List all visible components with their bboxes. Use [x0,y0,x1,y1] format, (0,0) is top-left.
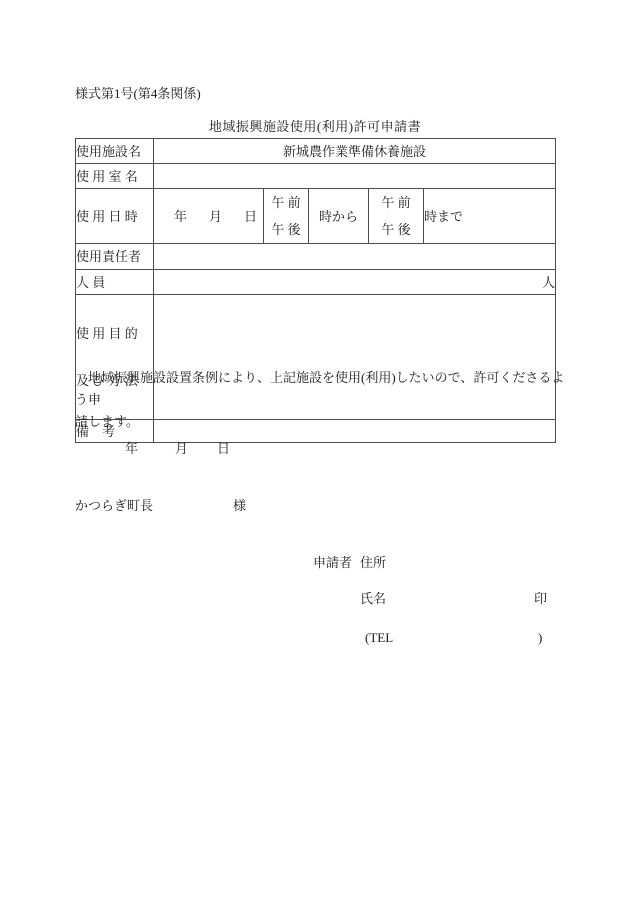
headcount-label: 人 員 [76,270,154,295]
addressee-name: かつらぎ町長 [75,498,153,513]
time-from-label: 時から [309,189,369,244]
table-row-manager: 使用責任者 [76,244,556,270]
table-row-facility: 使用施設名 新城農作業準備休養施設 [76,139,556,164]
applicant-name-label: 氏名 [360,591,386,606]
manager-label: 使用責任者 [76,244,154,270]
day-label: 日 [244,209,257,224]
application-statement: 地域振興施設設置条例により、上記施設を使用(利用)したいので、許可くださるよう申… [75,367,575,433]
room-name-label: 使 用 室 名 [76,164,154,189]
ampm-start-cell: 午 前 午 後 [264,189,309,244]
purpose-label-line1: 使 用 目 的 [76,325,153,342]
am-end-label: 午 前 [369,189,423,216]
room-name-blank-field [154,164,556,189]
applicant-label: 申請者 [313,555,352,570]
pm-start-label: 午 後 [264,216,308,243]
table-row-headcount: 人 員 人 [76,270,556,295]
date-day-label: 日 [217,441,230,456]
ampm-end-cell: 午 前 午 後 [369,189,424,244]
facility-name-label: 使用施設名 [76,139,154,164]
table-row-datetime: 使 用 日 時 年 月 日 午 前 午 後 時から 午 前 午 後 [76,189,556,244]
pm-end-label: 午 後 [369,216,423,243]
form-number: 様式第1号(第4条関係) [75,86,201,101]
time-to-label: 時まで [424,189,556,244]
year-label: 年 [174,209,187,224]
tel-close-label: ) [538,630,542,645]
document-title: 地域振興施設使用(利用)許可申請書 [0,119,630,134]
date-blank-field: 年 月 日 [154,189,264,244]
use-datetime-label: 使 用 日 時 [76,189,154,244]
facility-name-value: 新城農作業準備休養施設 [154,139,556,164]
statement-line1: 地域振興施設設置条例により、上記施設を使用(利用)したいので、許可くださるよう申 [75,370,564,407]
month-label: 月 [209,209,222,224]
am-start-label: 午 前 [264,189,308,216]
addressee-honorific: 様 [233,498,246,513]
tel-open-label: (TEL [365,630,393,645]
manager-blank-field [154,244,556,270]
statement-line2: 請します。 [75,414,139,429]
date-month-label: 月 [175,441,188,456]
date-year-label: 年 [125,441,138,456]
headcount-unit-label: 人 [154,270,556,295]
applicant-address-label: 住所 [360,555,386,570]
table-row-room: 使 用 室 名 [76,164,556,189]
seal-label: 印 [534,591,547,606]
application-form-page: 様式第1号(第4条関係) 地域振興施設使用(利用)許可申請書 使用施設名 新城農… [0,0,630,915]
